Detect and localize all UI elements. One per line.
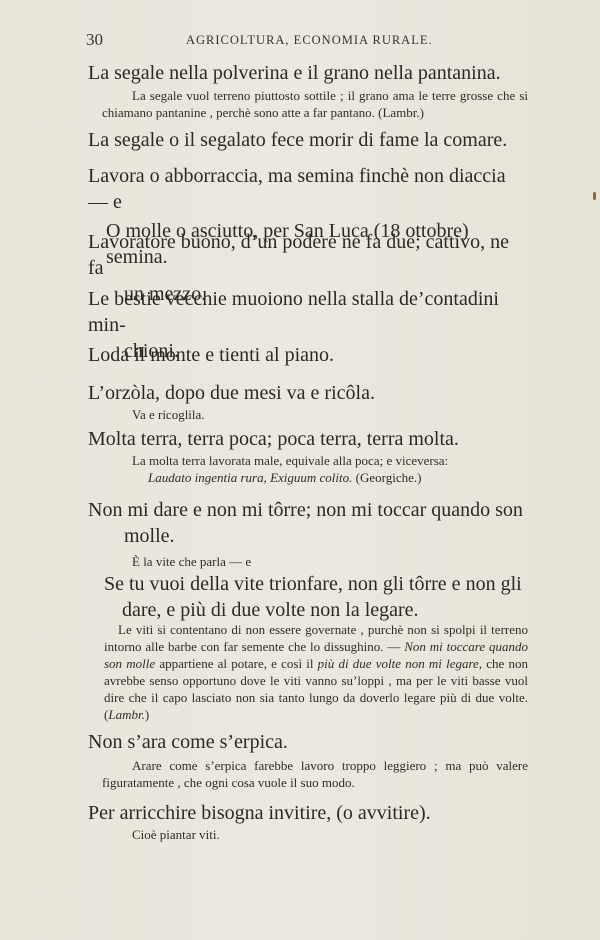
page-number: 30 (86, 30, 103, 50)
note-text: appartiene al potare, e così il (155, 656, 318, 671)
note-text: La segale vuol terreno piuttosto sottile… (102, 88, 528, 120)
proverb-note: È la vite che parla — e (88, 553, 528, 570)
note-text: ) (145, 707, 149, 722)
proverb-entry: Non mi dare e non mi tôrre; non mi tocca… (88, 497, 528, 570)
proverb-continuation: molle. (88, 523, 528, 549)
proverb: Le bestie vecchie muoiono nella stalla d… (88, 286, 528, 338)
proverb-note-latin: Laudato ingentia rura, Exiguum colito. (… (88, 469, 528, 486)
proverb: Loda il monte e tienti al piano. (88, 342, 528, 368)
proverb-entry: La segale o il segalato fece morir di fa… (88, 127, 528, 153)
proverb: Lavora o abborraccia, ma semina finchè n… (88, 163, 528, 215)
proverb-note: Va e ricoglila. (88, 406, 528, 423)
proverb: Per arricchire bisogna invitire, (o avvi… (88, 800, 528, 826)
proverb: Lavoratore buono, d’un podere ne fa due;… (88, 229, 528, 281)
paper-speck (593, 192, 596, 200)
running-title: AGRICOLTURA, ECONOMIA RURALE. (186, 33, 433, 48)
note-source: Lambr. (108, 707, 145, 722)
proverb-note: La segale vuol terreno piuttosto sottile… (88, 87, 528, 121)
proverb: L’orzòla, dopo due mesi va e ricôla. (88, 380, 528, 406)
proverb-entry: Per arricchire bisogna invitire, (o avvi… (88, 800, 528, 843)
proverb: Non mi dare e non mi tôrre; non mi tocca… (88, 497, 528, 523)
proverb-entry: L’orzòla, dopo due mesi va e ricôla. Va … (88, 380, 528, 423)
proverb-continuation: dare, e più di due volte non la legare. (104, 597, 528, 623)
proverb-entry: Se tu vuoi della vite trionfare, non gli… (104, 571, 528, 623)
book-page: 30 AGRICOLTURA, ECONOMIA RURALE. La sega… (0, 0, 600, 940)
proverb-note: Arare come s’erpica farebbe lavoro tropp… (88, 757, 528, 791)
proverb: Molta terra, terra poca; poca terra, ter… (88, 426, 528, 452)
proverb-note: Cioè piantar viti. (88, 826, 528, 843)
proverb-note: La molta terra lavorata male, equivale a… (88, 452, 528, 469)
note-source: (Georgiche.) (356, 470, 422, 485)
proverb-entry: Molta terra, terra poca; poca terra, ter… (88, 426, 528, 486)
proverb: La segale o il segalato fece morir di fa… (88, 127, 528, 153)
proverb-entry: Non s’ara come s’erpica. Arare come s’er… (88, 729, 528, 791)
proverb: Non s’ara come s’erpica. (88, 729, 528, 755)
latin-quote: Laudato ingentia rura, Exiguum colito. (148, 470, 352, 485)
proverb-entry: La segale nella polverina e il grano nel… (88, 60, 528, 121)
proverb-note: Le viti si contentano di non essere gove… (104, 621, 528, 723)
note-italic: più di due volte non mi legare (318, 656, 479, 671)
proverb: La segale nella polverina e il grano nel… (88, 60, 528, 86)
proverb: Se tu vuoi della vite trionfare, non gli… (104, 571, 528, 597)
proverb-entry: Loda il monte e tienti al piano. (88, 342, 528, 368)
page-header: 30 AGRICOLTURA, ECONOMIA RURALE. (86, 30, 526, 52)
